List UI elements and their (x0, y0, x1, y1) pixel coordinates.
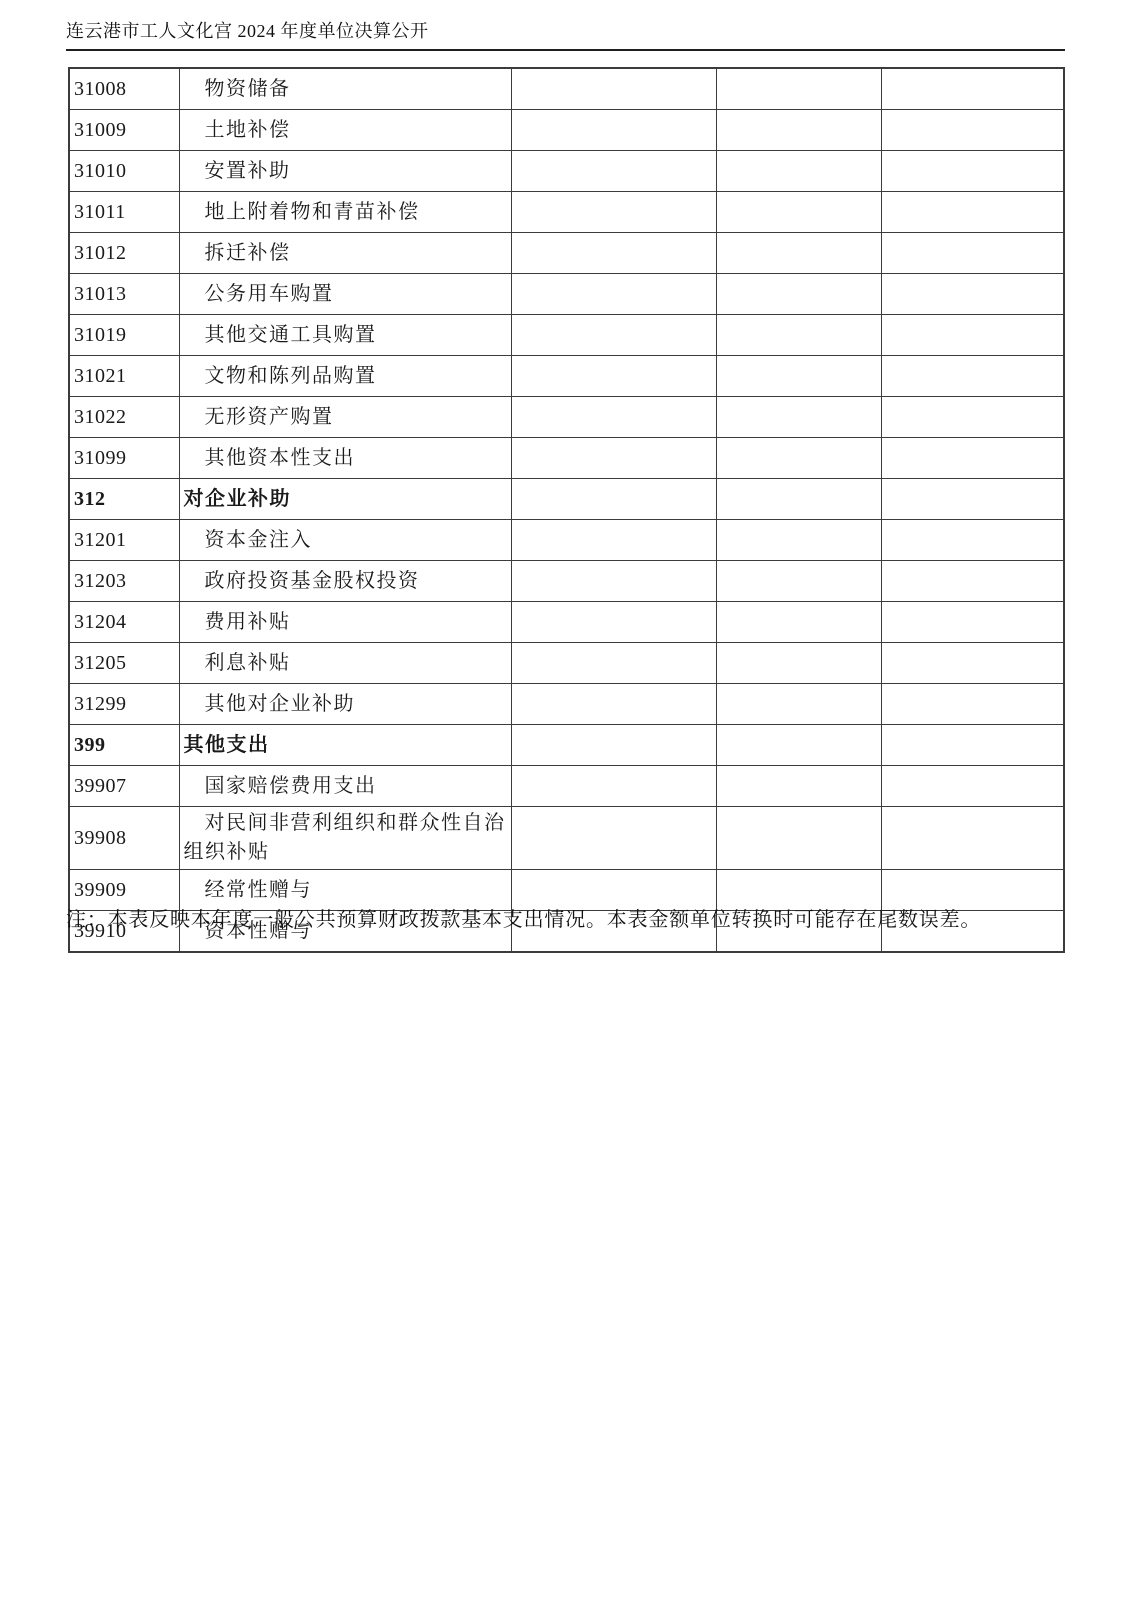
value-cell (716, 397, 881, 438)
table-row: 31010安置补助 (69, 151, 1064, 192)
value-cell (716, 438, 881, 479)
value-cell (881, 356, 1064, 397)
value-cell (881, 561, 1064, 602)
code-cell: 31022 (69, 397, 179, 438)
name-cell: 费用补贴 (179, 602, 511, 643)
value-cell (881, 151, 1064, 192)
table-note: 注：本表反映本年度一般公共预算财政拨款基本支出情况。本表金额单位转换时可能存在尾… (66, 906, 1076, 934)
table-row: 39909经常性赠与 (69, 870, 1064, 911)
value-cell (881, 479, 1064, 520)
code-cell: 312 (69, 479, 179, 520)
value-cell (716, 520, 881, 561)
value-cell (716, 192, 881, 233)
code-cell: 31201 (69, 520, 179, 561)
value-cell (881, 766, 1064, 807)
code-cell: 39908 (69, 807, 179, 870)
code-cell: 31299 (69, 684, 179, 725)
budget-table-body: 31008物资储备31009土地补偿31010安置补助31011地上附着物和青苗… (69, 68, 1064, 952)
value-cell (511, 356, 716, 397)
code-cell: 31203 (69, 561, 179, 602)
value-cell (716, 684, 881, 725)
table-row: 31099其他资本性支出 (69, 438, 1064, 479)
value-cell (881, 807, 1064, 870)
page-title: 连云港市工人文化宫 2024 年度单位决算公开 (66, 17, 1065, 51)
table-row: 399其他支出 (69, 725, 1064, 766)
value-cell (716, 315, 881, 356)
value-cell (511, 766, 716, 807)
table-row: 39907国家赔偿费用支出 (69, 766, 1064, 807)
name-cell: 土地补偿 (179, 110, 511, 151)
code-cell: 31019 (69, 315, 179, 356)
value-cell (716, 68, 881, 110)
value-cell (716, 643, 881, 684)
table-row: 31012拆迁补偿 (69, 233, 1064, 274)
name-cell: 其他对企业补助 (179, 684, 511, 725)
code-cell: 31012 (69, 233, 179, 274)
value-cell (511, 520, 716, 561)
value-cell (716, 151, 881, 192)
value-cell (716, 110, 881, 151)
code-cell: 31011 (69, 192, 179, 233)
name-cell: 拆迁补偿 (179, 233, 511, 274)
name-cell: 物资储备 (179, 68, 511, 110)
value-cell (881, 684, 1064, 725)
value-cell (716, 561, 881, 602)
name-cell: 公务用车购置 (179, 274, 511, 315)
name-cell: 政府投资基金股权投资 (179, 561, 511, 602)
value-cell (881, 725, 1064, 766)
value-cell (716, 479, 881, 520)
value-cell (716, 725, 881, 766)
name-cell: 资本金注入 (179, 520, 511, 561)
value-cell (511, 192, 716, 233)
table-row: 31009土地补偿 (69, 110, 1064, 151)
value-cell (511, 68, 716, 110)
table-row: 312对企业补助 (69, 479, 1064, 520)
name-cell: 国家赔偿费用支出 (179, 766, 511, 807)
code-cell: 31205 (69, 643, 179, 684)
value-cell (716, 870, 881, 911)
table-row: 31204费用补贴 (69, 602, 1064, 643)
table-row: 31011地上附着物和青苗补偿 (69, 192, 1064, 233)
value-cell (881, 602, 1064, 643)
value-cell (511, 274, 716, 315)
table-row: 31019其他交通工具购置 (69, 315, 1064, 356)
value-cell (511, 315, 716, 356)
name-cell: 其他资本性支出 (179, 438, 511, 479)
value-cell (511, 438, 716, 479)
name-cell: 无形资产购置 (179, 397, 511, 438)
budget-expenditure-table: 31008物资储备31009土地补偿31010安置补助31011地上附着物和青苗… (68, 67, 1065, 953)
value-cell (511, 870, 716, 911)
value-cell (716, 233, 881, 274)
value-cell (511, 725, 716, 766)
code-cell: 31021 (69, 356, 179, 397)
value-cell (511, 602, 716, 643)
name-cell: 地上附着物和青苗补偿 (179, 192, 511, 233)
code-cell: 39909 (69, 870, 179, 911)
table-row: 31205利息补贴 (69, 643, 1064, 684)
value-cell (881, 397, 1064, 438)
value-cell (716, 274, 881, 315)
table-row: 31022无形资产购置 (69, 397, 1064, 438)
code-cell: 31009 (69, 110, 179, 151)
name-cell: 对企业补助 (179, 479, 511, 520)
code-cell: 31013 (69, 274, 179, 315)
value-cell (511, 643, 716, 684)
value-cell (881, 233, 1064, 274)
value-cell (881, 274, 1064, 315)
value-cell (881, 643, 1064, 684)
code-cell: 31099 (69, 438, 179, 479)
table-row: 39908对民间非营利组织和群众性自治 组织补贴 (69, 807, 1064, 870)
name-cell: 其他支出 (179, 725, 511, 766)
name-cell: 其他交通工具购置 (179, 315, 511, 356)
name-cell: 利息补贴 (179, 643, 511, 684)
value-cell (511, 151, 716, 192)
name-cell: 对民间非营利组织和群众性自治 组织补贴 (179, 807, 511, 870)
value-cell (511, 110, 716, 151)
table-row: 31008物资储备 (69, 68, 1064, 110)
code-cell: 31008 (69, 68, 179, 110)
value-cell (716, 356, 881, 397)
value-cell (511, 807, 716, 870)
code-cell: 39907 (69, 766, 179, 807)
value-cell (881, 438, 1064, 479)
value-cell (716, 807, 881, 870)
code-cell: 31204 (69, 602, 179, 643)
value-cell (881, 870, 1064, 911)
value-cell (881, 520, 1064, 561)
value-cell (511, 233, 716, 274)
table-row: 31013公务用车购置 (69, 274, 1064, 315)
value-cell (511, 479, 716, 520)
table-row: 31299其他对企业补助 (69, 684, 1064, 725)
value-cell (511, 561, 716, 602)
table-row: 31201资本金注入 (69, 520, 1064, 561)
table-row: 31021文物和陈列品购置 (69, 356, 1064, 397)
value-cell (511, 397, 716, 438)
value-cell (881, 315, 1064, 356)
name-cell: 经常性赠与 (179, 870, 511, 911)
name-cell: 安置补助 (179, 151, 511, 192)
value-cell (716, 602, 881, 643)
value-cell (881, 68, 1064, 110)
code-cell: 31010 (69, 151, 179, 192)
value-cell (881, 192, 1064, 233)
table-row: 31203政府投资基金股权投资 (69, 561, 1064, 602)
value-cell (511, 684, 716, 725)
name-cell: 文物和陈列品购置 (179, 356, 511, 397)
code-cell: 399 (69, 725, 179, 766)
value-cell (881, 110, 1064, 151)
value-cell (716, 766, 881, 807)
